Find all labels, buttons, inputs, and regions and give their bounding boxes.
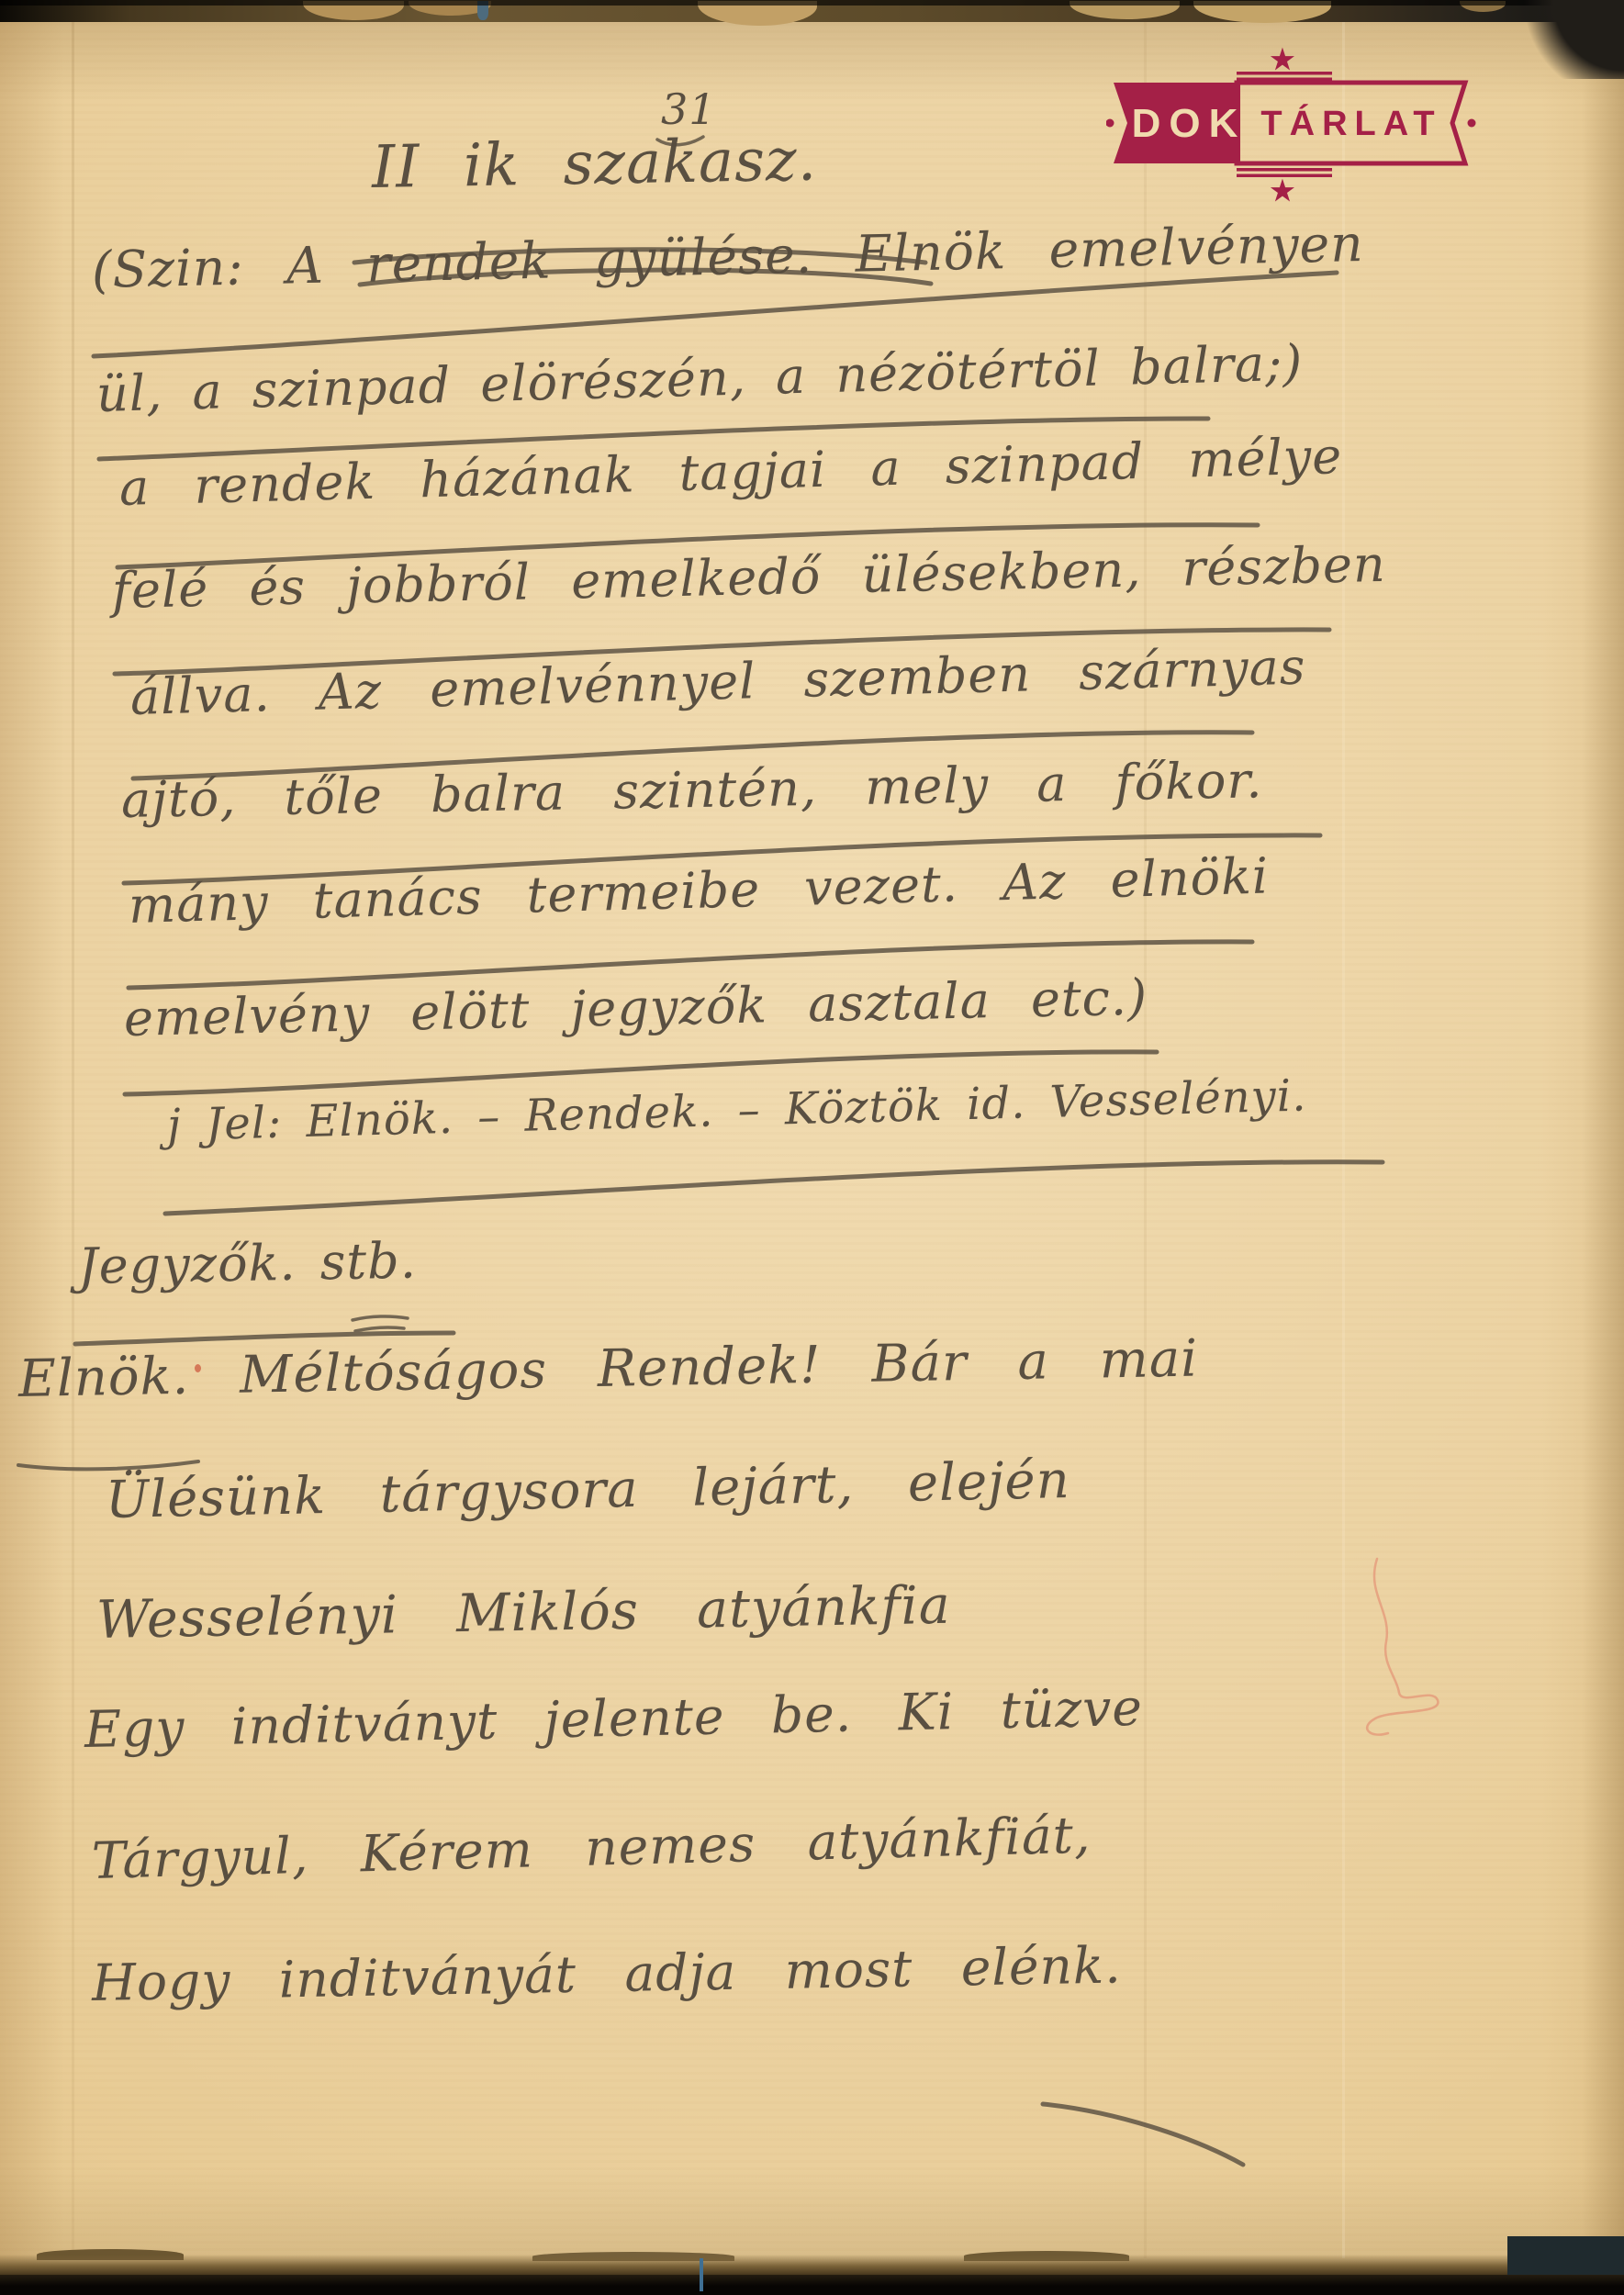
watermark-tarlat-label: TÁRLAT [1260, 103, 1441, 143]
banner-left-dot [1106, 119, 1114, 128]
pen-flourish [1043, 2104, 1243, 2165]
red-ink-speck [195, 1364, 201, 1372]
banner-bottom-line [1237, 168, 1332, 172]
paper-crease [72, 22, 74, 2258]
manuscript-line-13: Wesselényi Miklós atyánkfia [95, 1575, 951, 1651]
manuscript-line-7: mány tanács termeibe vezet. Az elnöki [128, 846, 1270, 935]
manuscript-line-12: Ülésünk tárgysora lejárt, elején [105, 1450, 1070, 1530]
manuscript-scan: 31 II ik szakasz. (Szin: A rendek gyülés… [0, 0, 1624, 2295]
scan-top-edge [0, 0, 1624, 22]
pen-underline [165, 1162, 1383, 1214]
torn-paper-bit [1460, 1, 1506, 12]
manuscript-line-4: felé és jobbról emelkedő ülésekben, rész… [111, 535, 1386, 620]
scan-corner-shadow [1514, 0, 1624, 79]
torn-paper-bit [1193, 1, 1331, 23]
manuscript-line-16: Hogy inditványát adja most elénk. [91, 1935, 1122, 2012]
stb-double-underline [353, 1316, 408, 1320]
red-thread-stain [1367, 1559, 1438, 1735]
page-number: 31 [661, 84, 717, 134]
paper-crease [1342, 22, 1345, 2258]
banner-top-line [1237, 78, 1332, 82]
watermark-dok-label: DOK [1132, 101, 1247, 146]
torn-paper-bit [303, 1, 404, 20]
scan-bottom-black-edge [0, 2275, 1624, 2295]
manuscript-line-1: (Szin: A rendek gyülése. Elnök emelvénye… [91, 214, 1364, 299]
page-title: II ik szakasz. [371, 127, 817, 202]
manuscript-line-15: Tárgyul, Kérem nemes atyánkfiát, [91, 1806, 1092, 1890]
doktarlat-watermark: ★ DOK TÁRLAT ★ [1106, 44, 1477, 202]
blue-fiber-speck [700, 2258, 703, 2291]
torn-paper-bit [1070, 1, 1180, 19]
manuscript-line-5: állva. Az emelvénnyel szemben szárnyas [129, 637, 1306, 726]
manuscript-line-14: Egy inditványt jelente be. Ki tüzve [84, 1678, 1143, 1759]
banner-right-dot [1468, 119, 1476, 128]
manuscript-line-6: ajtó, tőle balra szintén, mely a főkor. [120, 751, 1262, 829]
stb-double-underline [355, 1327, 404, 1331]
star-icon: ★ [1271, 176, 1295, 202]
manuscript-line-9: j Jel: Elnök. – Rendek. – Köztök id. Ves… [166, 1070, 1307, 1151]
manuscript-line-3: a rendek házának tagjai a szinpad mélye [118, 427, 1343, 517]
star-icon: ★ [1271, 45, 1295, 75]
torn-paper-bit [477, 1, 488, 20]
manuscript-line-2: ül, a szinpad elörészén, a nézötértöl ba… [95, 334, 1304, 423]
banner-top-line [1237, 72, 1332, 75]
manuscript-line-8: emelvény elött jegyzők asztala etc.) [123, 968, 1148, 1047]
speaker-underline [18, 1461, 198, 1469]
paper-right-edge-shadow [1582, 22, 1624, 2258]
manuscript-line-10: Jegyzők. stb. [77, 1232, 417, 1295]
torn-paper-bit [698, 1, 817, 26]
